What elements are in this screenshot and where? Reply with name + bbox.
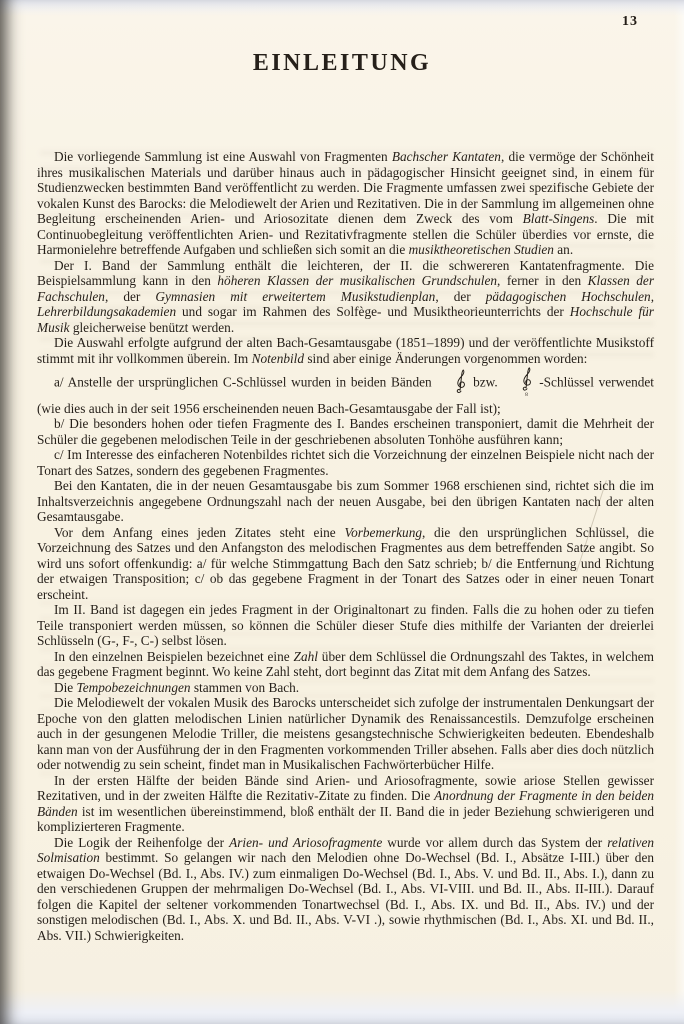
- body-text: Die vorliegende Sammlung ist eine Auswah…: [37, 149, 654, 943]
- text-run: a/ Anstelle der ursprünglichen C-Schlüss…: [54, 374, 436, 389]
- emphasized-text: Notenbild: [252, 351, 304, 366]
- emphasized-text: Gymnasien mit erweitertem Musikstudienpl…: [155, 289, 435, 304]
- paragraph: Die Tempobezeichnungen stammen von Bach.: [37, 680, 654, 696]
- paragraph: Die Logik der Reihenfolge der Arien- und…: [37, 835, 654, 944]
- emphasized-text: pädagogischen Hochschulen: [486, 289, 651, 304]
- text-run: stammen von Bach.: [191, 680, 300, 695]
- paragraph: Bei den Kantaten, die in der neuen Gesam…: [37, 478, 654, 525]
- emphasized-text: Blatt-Singens: [523, 211, 595, 226]
- text-run: bestimmt. So gelangen wir nach den Melod…: [37, 850, 654, 943]
- paragraph: Die vorliegende Sammlung ist eine Auswah…: [37, 149, 654, 258]
- text-run: wurde vor allem durch das System der: [382, 835, 607, 850]
- page-number: 13: [622, 14, 638, 30]
- page-title: EINLEITUNG: [0, 50, 684, 77]
- text-run: , der: [435, 289, 485, 304]
- text-run: Vor dem Anfang eines jeden Zitates steht…: [54, 525, 344, 540]
- text-run: ,: [651, 289, 654, 304]
- text-run: Die Logik der Reihenfolge der: [54, 835, 229, 850]
- text-run: gleicherweise benützt werden.: [70, 320, 235, 335]
- emphasized-text: Bachscher Kantaten: [392, 149, 501, 164]
- text-run: und sogar im Rahmen des Solfège- und Mus…: [176, 304, 570, 319]
- emphasized-text: Tempobezeichnungen: [77, 680, 191, 695]
- text-run: b/ Die besonders hohen oder tiefen Fragm…: [37, 416, 654, 447]
- paragraph: Der I. Band der Sammlung enthält die lei…: [37, 258, 654, 336]
- text-run: bzw.: [468, 374, 502, 389]
- text-run: sind aber einige Änderungen vorgenommen …: [304, 351, 587, 366]
- text-run: Im II. Band ist dagegen ein jedes Fragme…: [37, 602, 654, 648]
- treble-clef-octave-icon: 8: [504, 366, 532, 401]
- paragraph: In der ersten Hälfte der beiden Bände si…: [37, 773, 654, 835]
- treble-clef-icon: [438, 368, 466, 399]
- text-run: ist im wesentlichen übereinstimmend, blo…: [37, 804, 654, 835]
- paragraph: Die Melodiewelt der vokalen Musik des Ba…: [37, 695, 654, 773]
- emphasized-text: musiktheoretischen Studien: [409, 242, 554, 257]
- emphasized-text: Lehrerbildungsakademien: [37, 304, 176, 319]
- text-run: an.: [554, 242, 573, 257]
- text-run: c/ Im Interesse des einfacheren Notenbil…: [37, 447, 654, 478]
- emphasized-text: Zahl: [294, 649, 318, 664]
- svg-text:8: 8: [526, 392, 529, 397]
- text-run: Die vorliegende Sammlung ist eine Auswah…: [54, 149, 392, 164]
- paragraph: Vor dem Anfang eines jeden Zitates steht…: [37, 525, 654, 603]
- text-run: Die: [54, 680, 77, 695]
- text-run: Die Melodiewelt der vokalen Musik des Ba…: [37, 695, 654, 772]
- text-run: In den einzelnen Beispielen bezeichnet e…: [54, 649, 294, 664]
- paragraph: b/ Die besonders hohen oder tiefen Fragm…: [37, 416, 654, 447]
- emphasized-text: Vorbemerkung: [344, 525, 422, 540]
- paragraph: Im II. Band ist dagegen ein jedes Fragme…: [37, 602, 654, 649]
- paragraph: In den einzelnen Beispielen bezeichnet e…: [37, 649, 654, 680]
- text-run: , der: [105, 289, 155, 304]
- paragraph: c/ Im Interesse des einfacheren Notenbil…: [37, 447, 654, 478]
- text-run: Bei den Kantaten, die in der neuen Gesam…: [37, 478, 654, 524]
- text-run: , ferner in den: [497, 273, 588, 288]
- paragraph: Die Auswahl erfolgte aufgrund der alten …: [37, 335, 654, 366]
- emphasized-text: höheren Klassen der musikalischen Grunds…: [217, 273, 497, 288]
- scanned-book-page: 13 EINLEITUNG Die vorliegende Sammlung i…: [0, 0, 684, 1024]
- emphasized-text: Arien- und Ariosofragmente: [229, 835, 382, 850]
- paragraph: a/ Anstelle der ursprünglichen C-Schlüss…: [37, 366, 654, 416]
